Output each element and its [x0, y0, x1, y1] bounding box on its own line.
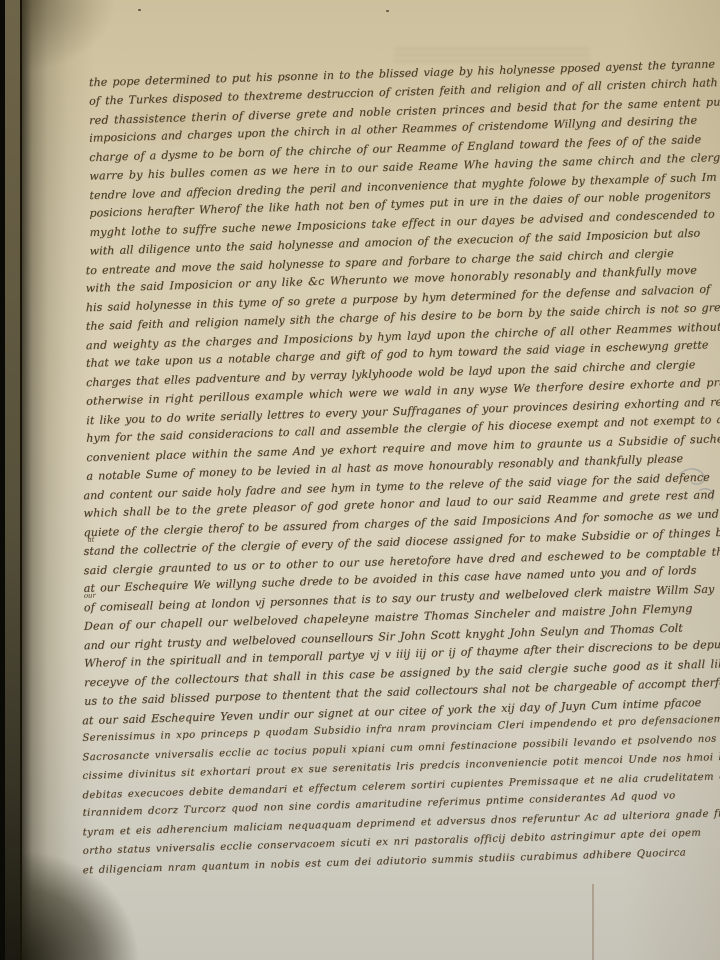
ink-dot	[138, 9, 141, 11]
parchment-page: the pope determined to put his psonne in…	[22, 0, 720, 960]
manuscript-text-block: the pope determined to put his psonne in…	[80, 56, 689, 880]
ink-dot	[386, 10, 389, 12]
page-crease	[592, 884, 594, 960]
manuscript-photo: the pope determined to put his psonne in…	[0, 0, 720, 960]
interlinear-insertion: our	[84, 592, 96, 600]
book-binding-edge	[5, 0, 22, 960]
interlinear-insertion: at	[88, 536, 95, 544]
